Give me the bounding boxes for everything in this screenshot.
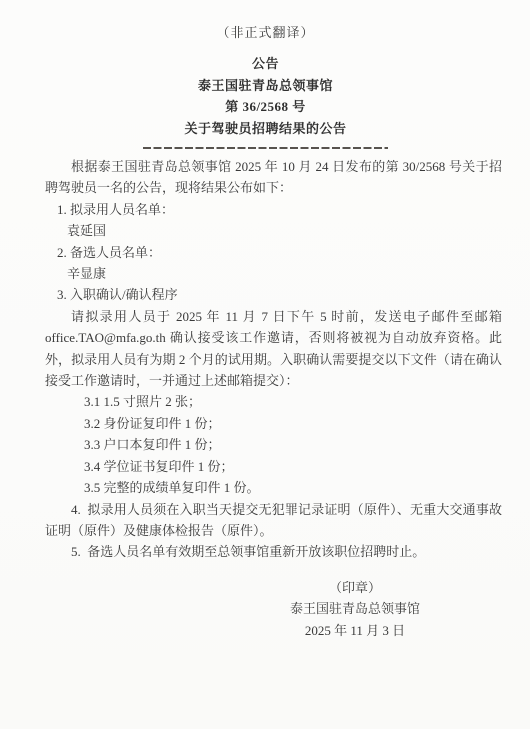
document-body: 根据泰王国驻青岛总领事馆 2025 年 10 月 24 日发布的第 30/256… [45, 156, 502, 563]
title-block: 公告 泰王国驻青岛总领事馆 第 36/2568 号 关于驾驶员招聘结果的公告 [37, 53, 494, 149]
doc-type-title: 公告 [37, 53, 494, 75]
hired-candidate-name: 袁延国 [45, 220, 502, 241]
backup-candidate-name: 辛显康 [45, 263, 502, 284]
required-doc-item: 3.1 1.5 寸照片 2 张； [45, 391, 502, 412]
doc-number: 第 36/2568 号 [37, 96, 494, 118]
doc-subject: 关于驾驶员招聘结果的公告 [37, 118, 494, 140]
document-page: （非正式翻译） 公告 泰王国驻青岛总领事馆 第 36/2568 号 关于驾驶员招… [0, 0, 530, 729]
seal-note: （印章） [245, 577, 465, 598]
signature-date: 2025 年 11 月 3 日 [245, 620, 465, 641]
required-doc-item: 3.5 完整的成绩单复印件 1 份。 [45, 477, 502, 498]
required-doc-item: 3.2 身份证复印件 1 份； [45, 413, 502, 434]
organization-name: 泰王国驻青岛总领事馆 [37, 75, 494, 97]
item3-label: 3. 入职确认/确认程序 [45, 284, 502, 305]
required-doc-item: 3.4 学位证书复印件 1 份； [45, 456, 502, 477]
intro-paragraph: 根据泰王国驻青岛总领事馆 2025 年 10 月 24 日发布的第 30/256… [45, 156, 502, 199]
item2-label: 2. 备选人员名单： [45, 242, 502, 263]
confirmation-procedure-paragraph: 请拟录用人员于 2025 年 11 月 7 日下午 5 时前，发送电子邮件至邮箱… [45, 306, 502, 392]
item4-paragraph: 4. 拟录用人员须在入职当天提交无犯罪记录证明（原件）、无重大交通事故证明（原件… [45, 499, 502, 542]
translation-note: （非正式翻译） [37, 22, 494, 43]
signature-block: （印章） 泰王国驻青岛总领事馆 2025 年 11 月 3 日 [245, 577, 465, 641]
item1-label: 1. 拟录用人员名单： [45, 199, 502, 220]
title-separator-line [143, 147, 388, 149]
signature-organization: 泰王国驻青岛总领事馆 [245, 598, 465, 619]
required-doc-item: 3.3 户口本复印件 1 份； [45, 434, 502, 455]
item5-paragraph: 5. 备选人员名单有效期至总领事馆重新开放该职位招聘时止。 [45, 541, 502, 562]
